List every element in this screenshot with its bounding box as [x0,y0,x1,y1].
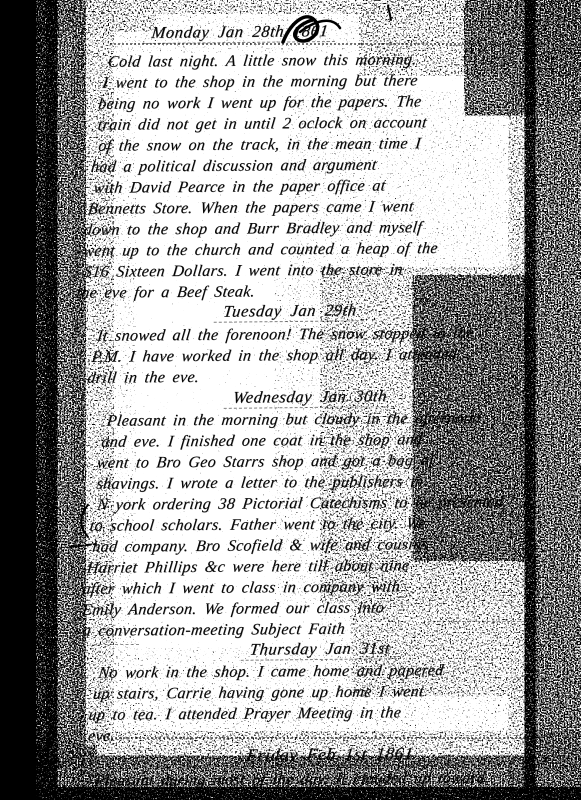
ruled-line-artifact [320,765,485,766]
entry-body-monday: Cold last night. A little snow this morn… [77,48,558,304]
entry-date-header-thursday: Thursday Jan 31st [179,638,462,661]
ruled-line-artifact [140,757,250,758]
ruled-line-artifact [94,644,139,645]
entry-date-text: Thursday Jan 31st [241,638,400,661]
handwritten-line: drill in the eve. [86,364,543,389]
entry-date-header-friday: Friday Feb 1st 1861 [179,742,482,766]
entry-body-friday: Pleasant during most of the day. It clou… [91,767,546,792]
entry-date-header-tuesday: Tuesday Jan 29th [149,300,432,323]
entry-date-header-wednesday: Wednesday Jan 30th [169,386,452,409]
ruled-line-artifact [110,43,540,45]
entry-body-wednesday: Pleasant in the morning but cloudy in th… [79,407,558,642]
entry-date-text: Monday Jan 28th 1861 [142,21,337,44]
entry-body-tuesday: It snowed all the forenoon! The snow sto… [88,322,548,389]
handwritten-line: Pleasant during most of the day. It clou… [94,767,546,792]
entry-date-header-monday: Monday Jan 28th 1861 [59,20,422,44]
ruled-line-artifact [428,621,535,622]
entry-body-thursday: No work in the shop. I came home and pap… [87,659,549,747]
ruled-line-artifact [100,737,540,739]
handwriting-layer: Monday Jan 28th 1861 Cold last night. A … [0,0,581,800]
handwritten-line: N york ordering 38 Pictorial Catechisms … [96,491,548,516]
entry-date-text: Friday Feb 1st 1861 [237,743,422,767]
entry-date-text: Wednesday Jan 30th [224,386,396,409]
entry-date-text: Tuesday Jan 29th [214,300,366,323]
scanned-diary-page: Monday Jan 28th 1861 Cold last night. A … [0,0,581,800]
